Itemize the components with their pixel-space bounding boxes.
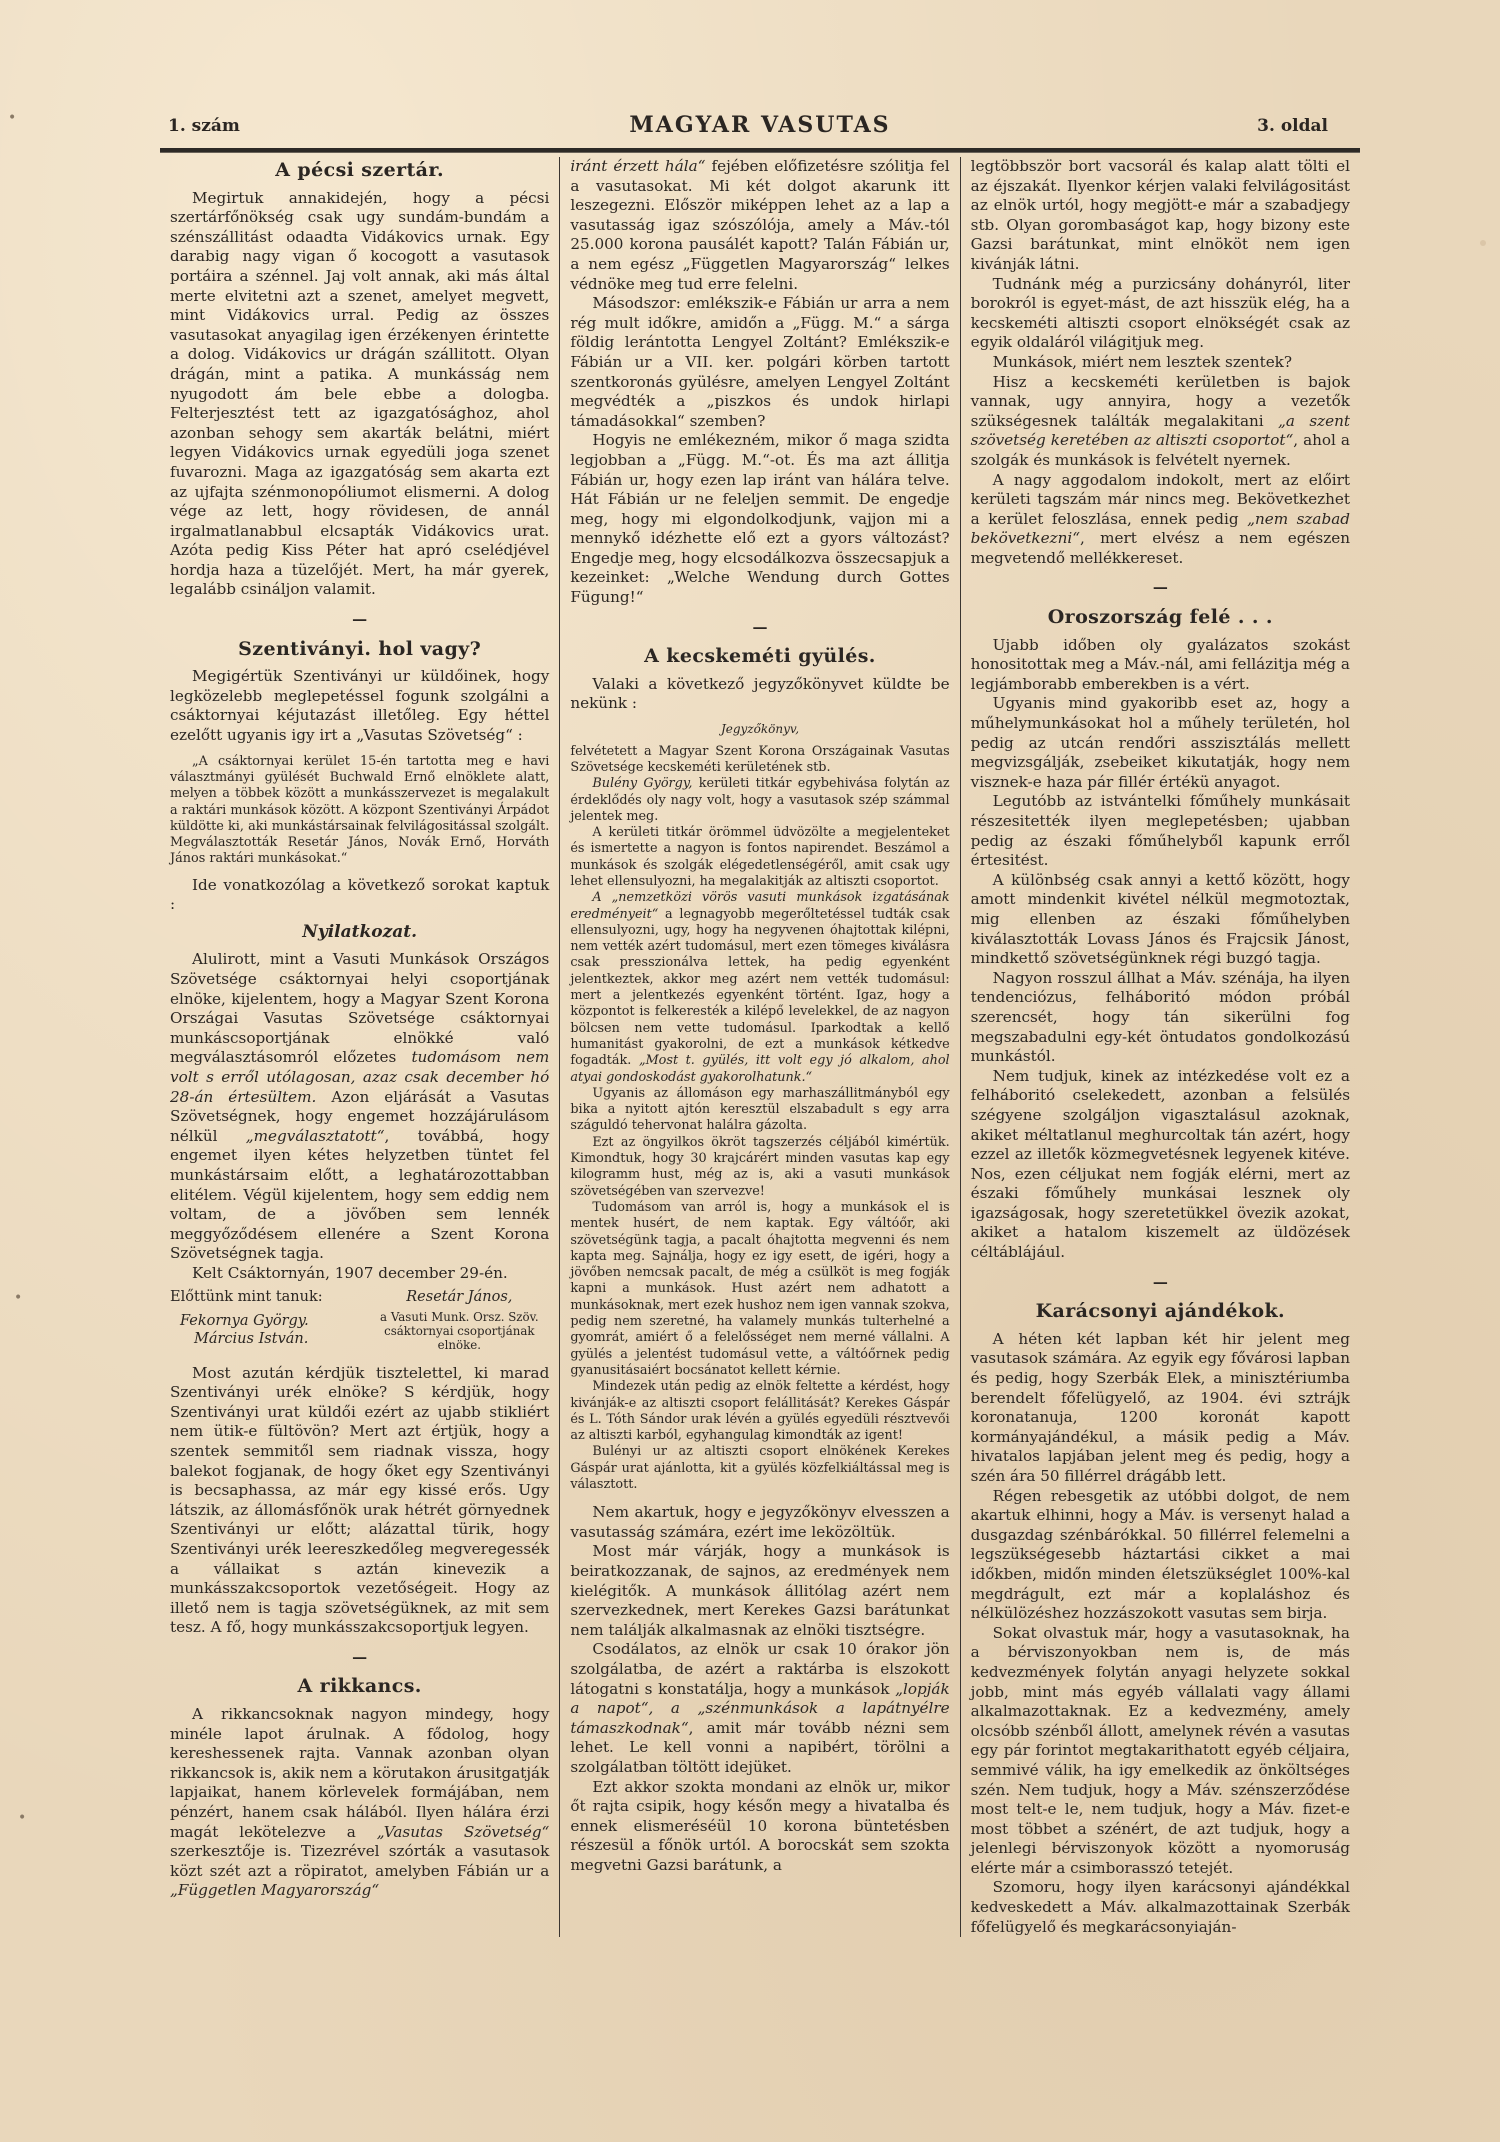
minutes-paragraph: Bulény György, kerületi titkár egybehivá…: [570, 776, 949, 825]
declaration-title: Nyilatkozat.: [170, 923, 549, 943]
text: A rikkancsoknak nagyon mindegy, hogy min…: [170, 1705, 549, 1841]
text: , továbbá, hogy engemet ilyen kétes hely…: [170, 1127, 549, 1263]
column-3: legtöbbször bort vacsorál és kalap alatt…: [960, 157, 1360, 1937]
paragraph: iránt érzett hála“ fejében előfizetésre …: [570, 157, 949, 294]
text: szerkesztője is. Tizezrével szórták a va…: [170, 1842, 549, 1880]
signatory-role: a Vasuti Munk. Orsz. Szöv. csáktornyai c…: [369, 1310, 549, 1352]
paragraph: Ugyanis mind gyakoribb eset az, hogy a m…: [971, 694, 1350, 792]
paragraph: Megigértük Szentiványi ur küldőinek, hog…: [170, 667, 549, 745]
paragraph: Régen rebesgetik az utóbbi dolgot, de ne…: [971, 1487, 1350, 1624]
quote-paragraph: „A csáktornyai kerület 15-én tartotta me…: [170, 754, 549, 868]
declaration-paragraph: Alulirott, mint a Vasuti Munkások Ország…: [170, 950, 549, 1264]
signature-block: Előttünk mint tanuk: Fekornya György. Má…: [170, 1288, 549, 1352]
minutes-paragraph: A kerületi titkár örömmel üdvözölte a me…: [570, 825, 949, 890]
paragraph: Most már várják, hogy a munkások is beir…: [570, 1542, 949, 1640]
edge-mark: •: [18, 1810, 26, 1826]
separator: —: [170, 610, 549, 630]
article-title: Oroszország felé . . .: [971, 608, 1350, 628]
separator: —: [570, 618, 949, 638]
emphasis: iránt érzett hála“: [570, 157, 705, 175]
article-title: Szentiványi. hol vagy?: [170, 640, 549, 660]
minutes-paragraph: Ezt az öngyilkos ökröt tagszerzés céljáb…: [570, 1135, 949, 1200]
paragraph: Csodálatos, az elnök ur csak 10 órakor j…: [570, 1640, 949, 1777]
signatory-name: Resetár János,: [369, 1288, 549, 1306]
minutes-paragraph: Bulényi ur az altiszti csoport elnökének…: [570, 1444, 949, 1493]
article-title: A pécsi szertár.: [170, 161, 549, 181]
masthead: 1. szám MAGYAR VASUTAS 3. oldal: [160, 112, 1360, 142]
masthead-rule: [160, 148, 1360, 153]
paragraph: Valaki a következő jegyzőkönyvet küldte …: [570, 675, 949, 714]
emphasis: „megválasztatott“: [246, 1127, 385, 1145]
paragraph: A héten két lapban két hir jelent meg va…: [971, 1330, 1350, 1487]
paragraph: Tudnánk még a purzicsány dohányról, lite…: [971, 275, 1350, 353]
paragraph: Hisz a kecskeméti kerületben is bajok va…: [971, 373, 1350, 471]
witness-name: Március István.: [170, 1330, 360, 1348]
edge-mark: •: [14, 1290, 22, 1306]
paragraph: Ezt akkor szokta mondani az elnök ur, mi…: [570, 1778, 949, 1876]
newspaper-title: MAGYAR VASUTAS: [160, 112, 1360, 138]
minutes-paragraph: A „nemzetközi vörös vasuti munkások izga…: [570, 890, 949, 1086]
minutes-paragraph: Ugyanis az állomáson egy marhaszállitmán…: [570, 1086, 949, 1135]
separator: —: [971, 1273, 1350, 1293]
paragraph: Legutóbb az istvántelki főműhely munkása…: [971, 792, 1350, 870]
witness-label: Előttünk mint tanuk:: [170, 1288, 360, 1306]
paragraph: Most azután kérdjük tisztelettel, ki mar…: [170, 1364, 549, 1638]
paragraph: Nagyon rosszul állhat a Máv. szénája, ha…: [971, 969, 1350, 1067]
paragraph: Nem akartuk, hogy e jegyzőkönyv elvessze…: [570, 1503, 949, 1542]
paragraph: legtöbbször bort vacsorál és kalap alatt…: [971, 157, 1350, 275]
declaration-date: Kelt Csáktornyán, 1907 december 29-én.: [170, 1264, 549, 1284]
paragraph: A különbség csak annyi a kettő között, h…: [971, 871, 1350, 969]
minutes-title: Jegyzőkönyv,: [570, 720, 949, 740]
separator: —: [170, 1648, 549, 1668]
paragraph: Másodszor: emlékszik-e Fábián ur arra a …: [570, 294, 949, 431]
text: a legnagyobb megerőltetéssel tudták csak…: [570, 907, 949, 1069]
minutes-paragraph: Tudomásom van arról is, hogy a munkások …: [570, 1200, 949, 1379]
edge-mark: •: [8, 110, 16, 126]
paper-stain: [1480, 240, 1486, 246]
emphasis: Bulény György,: [592, 776, 692, 791]
emphasis: „Független Magyarország“: [170, 1881, 379, 1899]
column-2: iránt érzett hála“ fejében előfizetésre …: [559, 157, 959, 1937]
paragraph: Ujabb időben oly gyalázatos szokást hono…: [971, 636, 1350, 695]
paragraph: Nem tudjuk, kinek az intézkedése volt ez…: [971, 1067, 1350, 1263]
newspaper-page: 1. szám MAGYAR VASUTAS 3. oldal A pécsi …: [160, 112, 1360, 1937]
text: fejében előfizetésre szólitja fel a vasu…: [570, 157, 949, 293]
page-number: 3. oldal: [1257, 116, 1328, 136]
emphasis: „Vasutas Szövetség“: [377, 1823, 550, 1841]
text: Csodálatos, az elnök ur csak 10 órakor j…: [570, 1640, 949, 1697]
article-title: A rikkancs.: [170, 1677, 549, 1697]
article-title: A kecskeméti gyülés.: [570, 647, 949, 667]
separator: —: [971, 578, 1350, 598]
minutes-paragraph: Mindezek után pedig az elnök feltette a …: [570, 1379, 949, 1444]
signatory: Resetár János, a Vasuti Munk. Orsz. Szöv…: [369, 1288, 549, 1352]
witnesses: Előttünk mint tanuk: Fekornya György. Má…: [170, 1288, 360, 1352]
paragraph: Hogyis ne emlékezném, mikor ő maga szidt…: [570, 431, 949, 607]
paragraph: Szomoru, hogy ilyen karácsonyi ajándékka…: [971, 1878, 1350, 1937]
columns: A pécsi szertár. Megirtuk annakidején, h…: [160, 157, 1360, 1937]
paragraph: Sokat olvastuk már, hogy a vasutasoknak,…: [971, 1624, 1350, 1879]
paragraph: A nagy aggodalom indokolt, mert az előir…: [971, 471, 1350, 569]
column-1: A pécsi szertár. Megirtuk annakidején, h…: [160, 157, 559, 1937]
paragraph: Megirtuk annakidején, hogy a pécsi szert…: [170, 189, 549, 600]
paragraph: A rikkancsoknak nagyon mindegy, hogy min…: [170, 1705, 549, 1901]
minutes-paragraph: felvétetett a Magyar Szent Korona Ország…: [570, 744, 949, 777]
article-title: Karácsonyi ajándékok.: [971, 1302, 1350, 1322]
paragraph: Munkások, miért nem lesztek szentek?: [971, 353, 1350, 373]
witness-name: Fekornya György.: [170, 1312, 360, 1330]
paragraph: Ide vonatkozólag a következő sorokat kap…: [170, 876, 549, 915]
